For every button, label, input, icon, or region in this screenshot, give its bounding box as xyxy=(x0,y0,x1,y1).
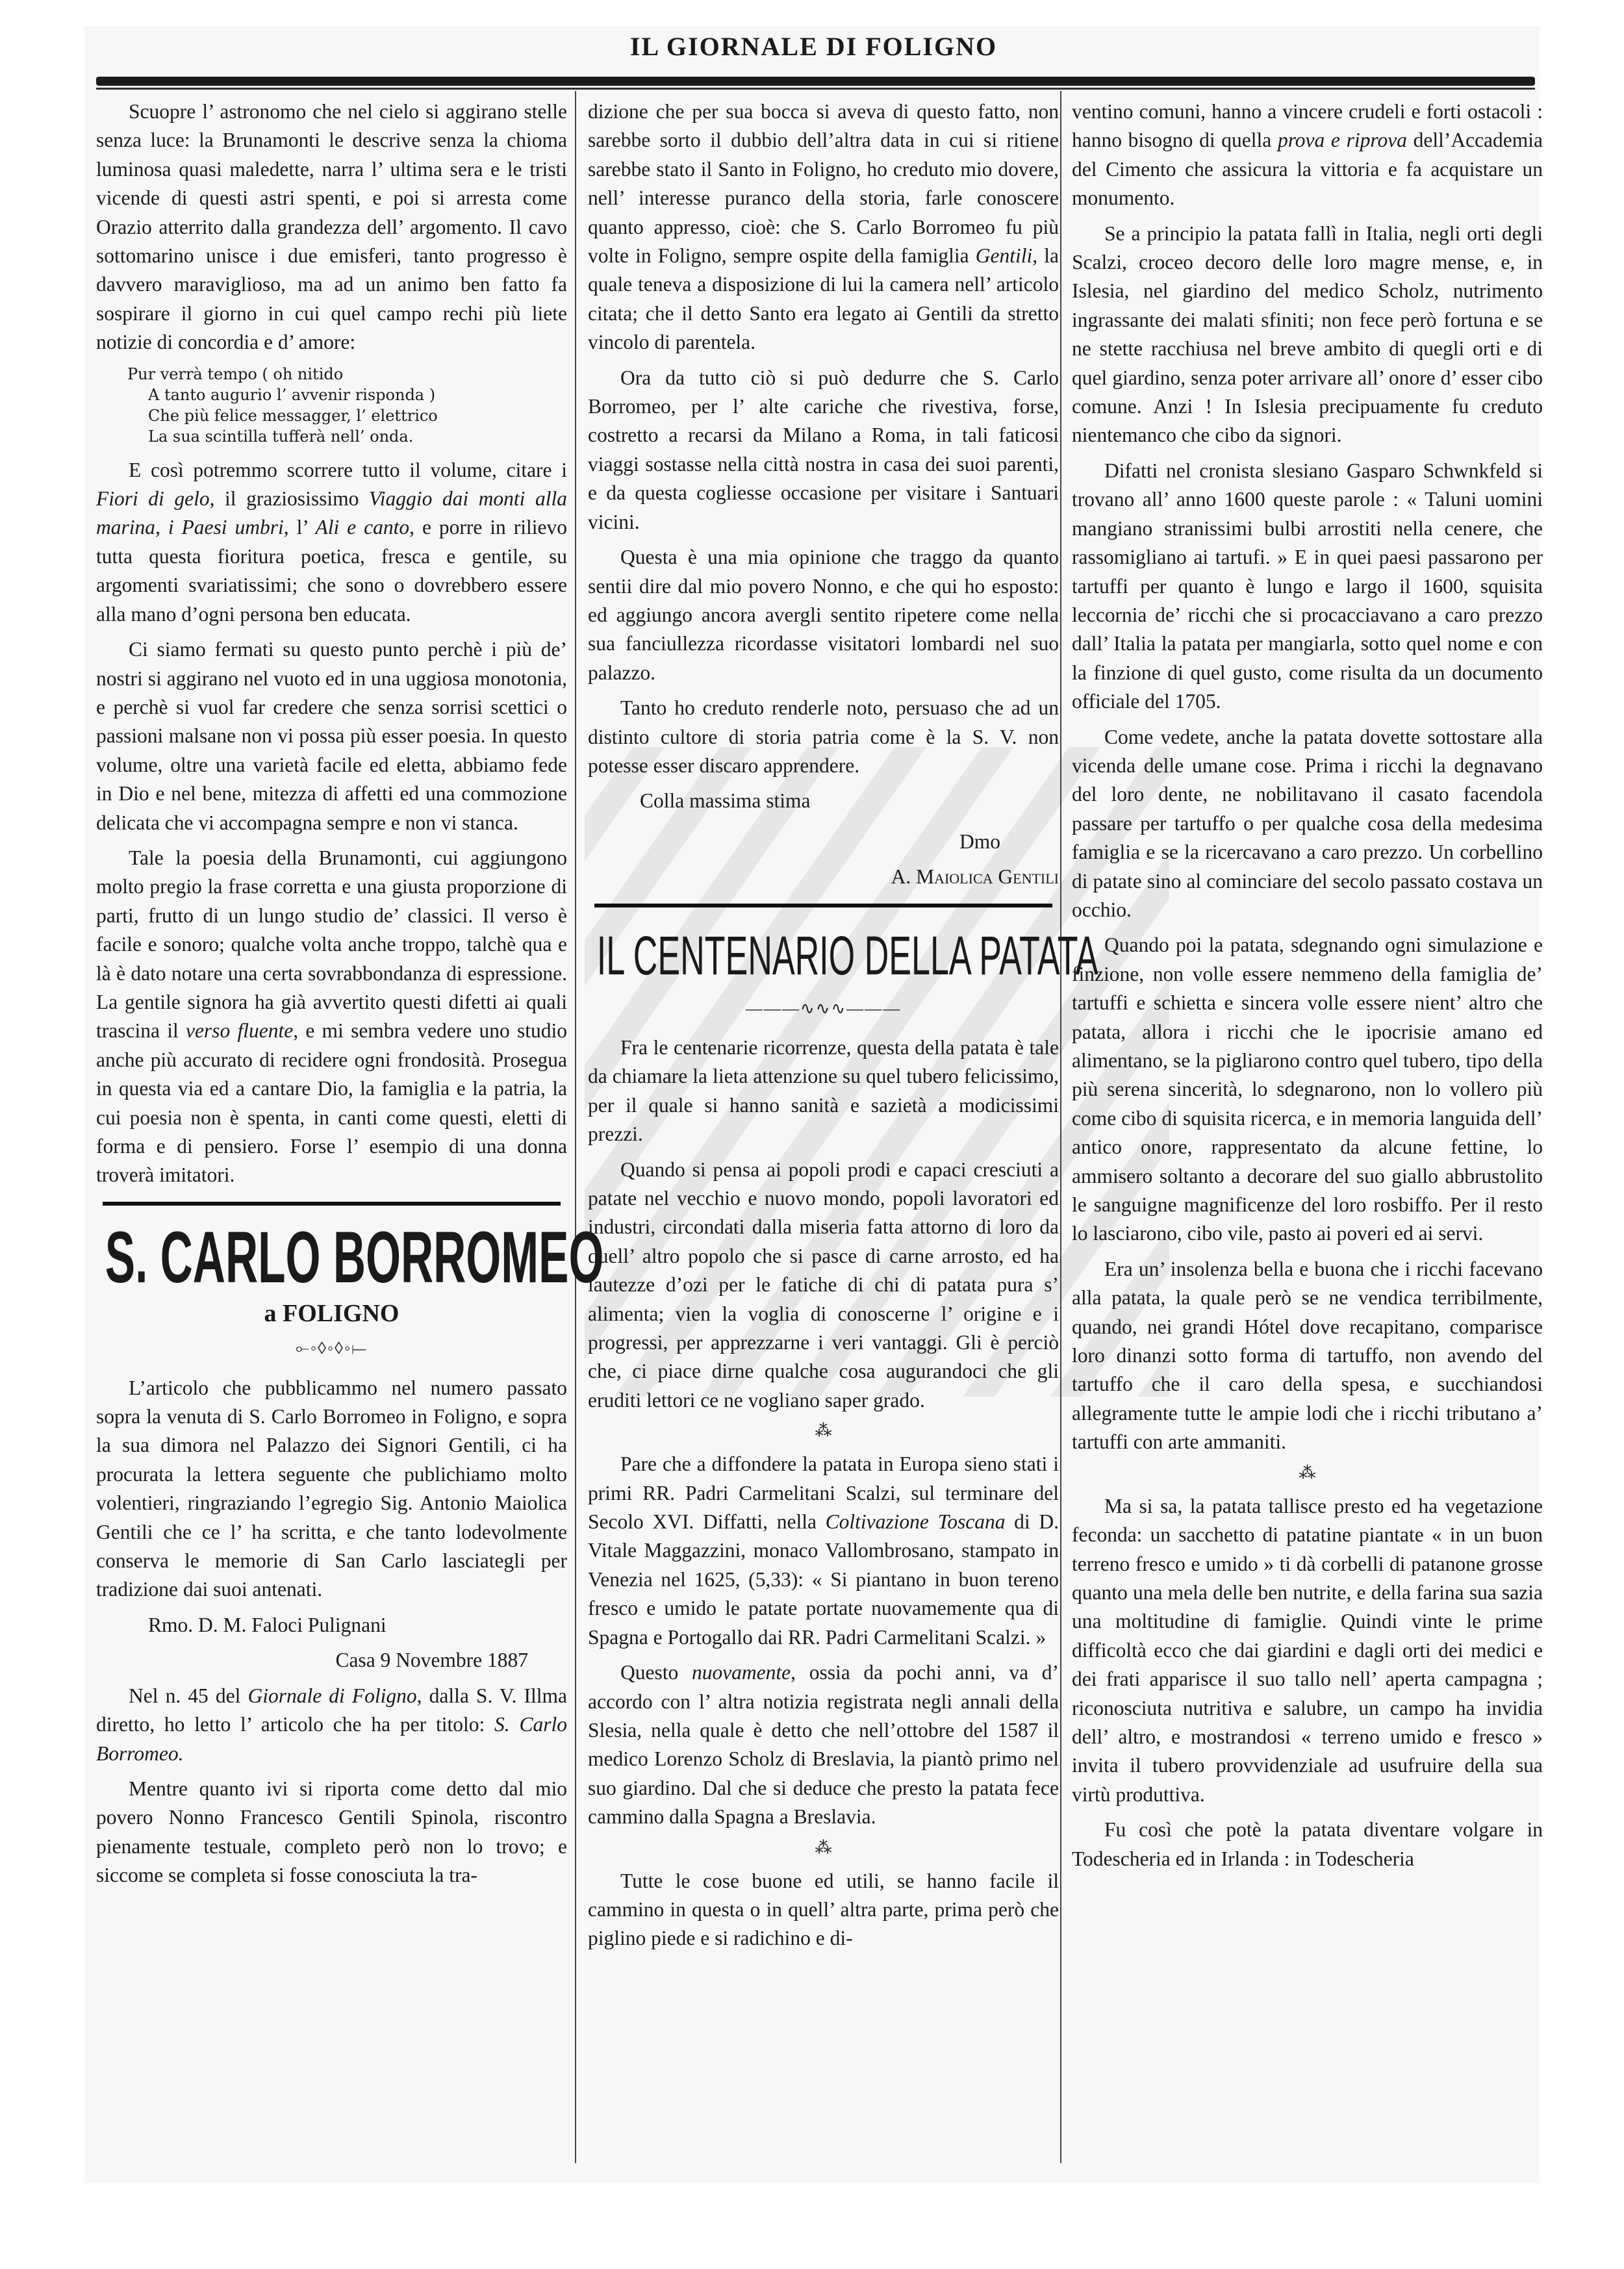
paragraph: Scuopre l’ astronomo che nel cielo si ag… xyxy=(96,97,567,357)
masthead-rule-thick xyxy=(96,77,1535,86)
verse-line: La sua scintilla tufferà nell’ onda. xyxy=(96,426,567,447)
article-separator xyxy=(594,904,1052,907)
book-title: Ali e canto xyxy=(315,516,409,539)
wavy-divider-icon: ———∿∿∿——— xyxy=(588,995,1059,1023)
paragraph: Mentre quanto ivi si riporta come detto … xyxy=(96,1775,567,1890)
text-run: , l’ xyxy=(284,516,316,539)
masthead-rule-thin xyxy=(96,88,1535,90)
paragraph: Fu così che potè la patata diventare vol… xyxy=(1072,1816,1543,1873)
paragraph: Quando poi la patata, sdegnando ogni sim… xyxy=(1072,931,1543,1248)
emphasis: nuovamente xyxy=(692,1661,791,1684)
emphasis: prova e riprova xyxy=(1278,129,1407,151)
verse-line: A tanto augurio l’ avvenir risponda ) xyxy=(96,385,567,405)
paragraph: ventino comuni, hanno a vincere crudeli … xyxy=(1072,97,1543,213)
text-run: , e mi sembra vedere uno studio anche pi… xyxy=(96,1019,567,1186)
paragraph: Era un’ insolenza bella e buona che i ri… xyxy=(1072,1255,1543,1457)
letter-closing: Colla massima stima xyxy=(588,787,1059,815)
paragraph: Come vedete, anche la patata dovette sot… xyxy=(1072,723,1543,925)
paragraph: Tale la poesia della Brunamonti, cui agg… xyxy=(96,844,567,1190)
right-column: ventino comuni, hanno a vincere crudeli … xyxy=(1072,97,1543,1880)
paragraph: dizione che per sua bocca si aveva di qu… xyxy=(588,97,1059,357)
emphasis: verso fluente xyxy=(186,1019,293,1042)
emphasis: Gentili xyxy=(976,244,1033,267)
paragraph: Ci siamo fermati su questo punto perchè … xyxy=(96,635,567,837)
masthead-title: IL GIORNALE DI FOLIGNO xyxy=(91,31,1536,70)
paragraph: Quando si pensa ai popoli prodi e capaci… xyxy=(588,1156,1059,1415)
verse-line: Che più felice messagger, l’ elettrico xyxy=(96,405,567,426)
article-separator xyxy=(103,1202,561,1206)
text-run: Tale la poesia della Brunamonti, cui agg… xyxy=(96,846,567,1042)
paragraph: L’articolo che pubblicammo nel numero pa… xyxy=(96,1374,567,1604)
text-run: Questo xyxy=(620,1661,692,1684)
verse-line: Pur verrà tempo ( oh nitido xyxy=(96,364,567,385)
ornament-divider-icon: ⟜◦◊◦◊◦⟝ xyxy=(96,1334,567,1363)
paragraph: Tanto ho creduto renderle noto, persuaso… xyxy=(588,694,1059,780)
book-title: Fiori di gelo xyxy=(96,487,210,510)
text-run: , ossia da pochi anni, va d’ accordo con… xyxy=(588,1661,1059,1828)
paragraph: Fra le centenarie ricorrenze, questa del… xyxy=(588,1033,1059,1149)
letter-addressee: Rmo. D. M. Faloci Pulignani xyxy=(96,1611,567,1640)
text-run: Nel n. 45 del xyxy=(129,1684,247,1707)
middle-column: dizione che per sua bocca si aveva di qu… xyxy=(588,97,1059,1960)
paragraph: Ma si sa, la patata tallisce presto ed h… xyxy=(1072,1492,1543,1809)
text-run: dizione che per sua bocca si aveva di qu… xyxy=(588,100,1059,267)
asterism-icon: ⁂ xyxy=(588,1841,1059,1855)
article-subhead: a FOLIGNO xyxy=(96,1299,567,1328)
paragraph: Tutte le cose buone ed utili, se hanno f… xyxy=(588,1867,1059,1953)
asterism-icon: ⁂ xyxy=(588,1424,1059,1438)
paragraph: Nel n. 45 del Giornale di Foligno, dalla… xyxy=(96,1682,567,1768)
paragraph: Questa è una mia opinione che traggo da … xyxy=(588,543,1059,687)
verse-block: Pur verrà tempo ( oh nitido A tanto augu… xyxy=(96,364,567,447)
newspaper-title: Giornale di Foligno xyxy=(247,1684,416,1707)
book-title: Coltivazione Toscana xyxy=(826,1510,1006,1533)
signature-name: A. Maiolica Gentili xyxy=(588,863,1059,891)
paragraph: Pare che a diffondere la patata in Europ… xyxy=(588,1450,1059,1652)
signature-dmo: Dmo xyxy=(588,828,1059,856)
paragraph: Difatti nel cronista slesiano Gasparo Sc… xyxy=(1072,457,1543,716)
article-headline: IL CENTENARIO DELLA PATATA xyxy=(597,923,1050,988)
article-headline: S. CARLO BORROMEO xyxy=(105,1219,559,1297)
asterism-icon: ⁂ xyxy=(1072,1466,1543,1480)
column-divider-2 xyxy=(1060,91,1061,2163)
text-run: E così potremmo scorrere tutto il volume… xyxy=(129,459,567,481)
paragraph: Ora da tutto ciò si può dedurre che S. C… xyxy=(588,364,1059,537)
left-column: Scuopre l’ astronomo che nel cielo si ag… xyxy=(96,97,567,1897)
paragraph: E così potremmo scorrere tutto il volume… xyxy=(96,456,567,629)
paragraph: Se a principio la patata fallì in Italia… xyxy=(1072,220,1543,450)
column-divider-1 xyxy=(575,91,576,2163)
paragraph: Questo nuovamente, ossia da pochi anni, … xyxy=(588,1658,1059,1831)
letter-dateline: Casa 9 Novembre 1887 xyxy=(96,1646,567,1675)
text-run: , il graziosissimo xyxy=(210,487,369,510)
